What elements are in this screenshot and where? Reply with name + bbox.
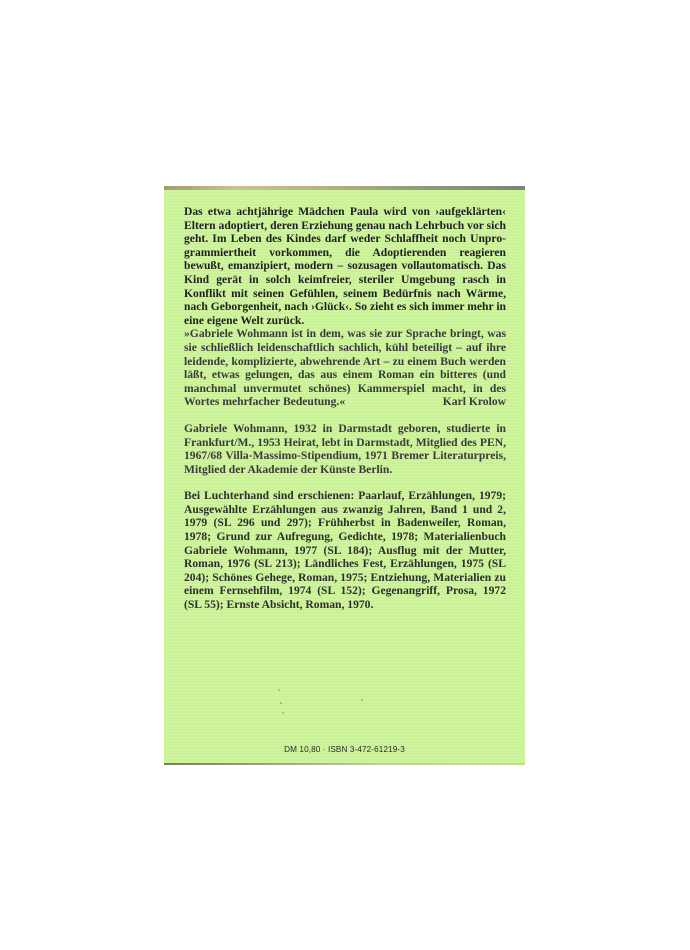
cover-text: Das etwa achtjährige Mädchen Paula wird … (184, 205, 506, 612)
worn-bottom-edge (164, 763, 525, 765)
quote-author: Karl Krolow (443, 395, 506, 409)
other-works-list: Bei Luchterhand sind erschienen: Paarlau… (184, 489, 506, 611)
paper-speck (282, 712, 284, 714)
paper-speck (280, 702, 282, 704)
price-isbn: DM 10,80 · ISBN 3-472-61219-3 (164, 745, 525, 754)
worn-top-edge (164, 186, 525, 190)
paper-speck (278, 689, 280, 691)
book-back-cover: Das etwa achtjährige Mädchen Paula wird … (164, 186, 525, 765)
synopsis-blurb: Das etwa achtjährige Mädchen Paula wird … (184, 205, 506, 327)
review-quote: »Gabriele Wohmann ist in dem, was sie zu… (184, 327, 506, 409)
author-bio: Gabriele Wohmann, 1932 in Darmstadt gebo… (184, 422, 506, 476)
paper-speck (361, 699, 363, 701)
